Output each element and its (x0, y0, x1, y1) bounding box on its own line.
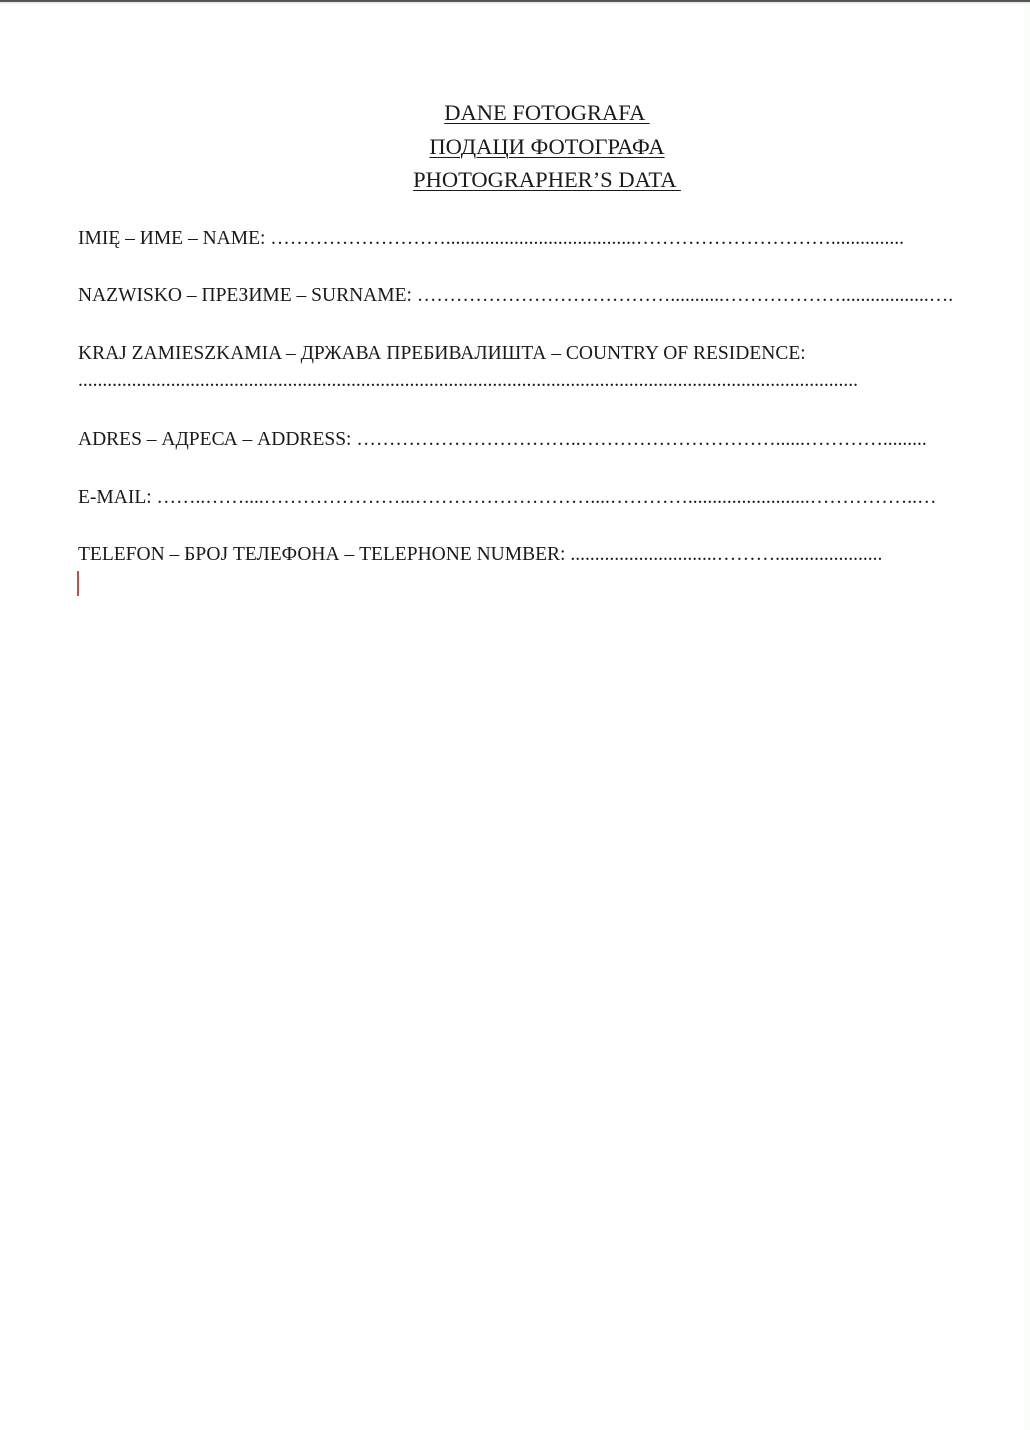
field-address[interactable]: ADRES – АДРЕСА – ADDRESS: ……………………………..…… (78, 428, 927, 452)
text-cursor (77, 571, 79, 596)
field-telephone-fill[interactable]: ..............................……….......… (570, 544, 882, 565)
field-surname-label: NAZWISKO – ПРЕЗИМЕ – SURNAME: (78, 285, 417, 306)
field-address-fill[interactable]: ……………………………..…………………………......………….......… (356, 429, 926, 450)
field-surname-fill[interactable]: …………………………………...........………………..........… (417, 285, 953, 306)
field-address-label: ADRES – АДРЕСА – ADDRESS: (78, 429, 356, 450)
title-line-macedonian: ПОДАЦИ ФОТОГРАФА (0, 130, 1030, 164)
field-telephone[interactable]: TELEFON – БРОЈ ТЕЛЕФОНА – TELEPHONE NUMB… (78, 543, 882, 567)
field-email-label: E-MAIL: (78, 487, 157, 508)
field-surname[interactable]: NAZWISKO – ПРЕЗИМЕ – SURNAME: …………………………… (78, 284, 953, 308)
field-name-fill[interactable]: ………………………...............................… (270, 228, 904, 249)
field-country-label: KRAJ ZAMIESZKAMIA – ДРЖАВА ПРЕБИВАЛИШТА … (78, 343, 806, 364)
document-title: DANE FOTOGRAFA ПОДАЦИ ФОТОГРАФА PHOTOGRA… (0, 96, 1030, 197)
field-name-label: IMIĘ – ИМЕ – NAME: (78, 228, 270, 249)
field-name[interactable]: IMIĘ – ИМЕ – NAME: ………………………............… (78, 227, 904, 251)
field-telephone-label: TELEFON – БРОЈ ТЕЛЕФОНА – TELEPHONE NUMB… (78, 544, 570, 565)
field-email[interactable]: E-MAIL: ……..……....…………………...………………………...… (78, 486, 937, 510)
title-line-polish: DANE FOTOGRAFA (0, 96, 1030, 130)
document-page[interactable]: DANE FOTOGRAFA ПОДАЦИ ФОТОГРАФА PHOTOGRA… (0, 0, 1030, 1430)
field-email-fill[interactable]: ……..……....…………………...………………………....…………...… (157, 487, 937, 508)
field-country[interactable]: KRAJ ZAMIESZKAMIA – ДРЖАВА ПРЕБИВАЛИШТА … (78, 342, 806, 366)
field-country-fill[interactable]: ........................................… (78, 371, 932, 391)
title-line-english: PHOTOGRAPHER’S DATA (0, 163, 1030, 197)
